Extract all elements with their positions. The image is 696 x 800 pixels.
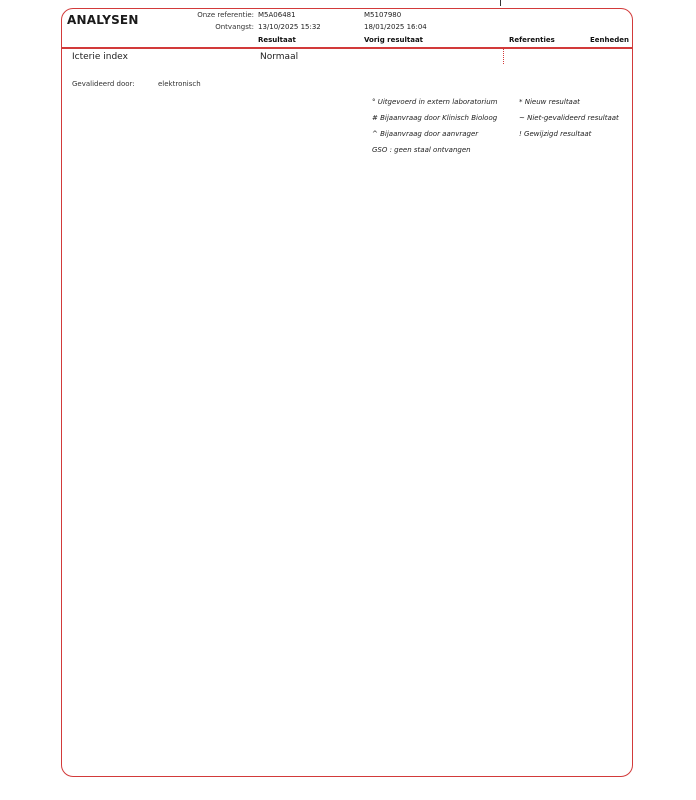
legend-not-validated: ~ Niet-gevalideerd resultaat (519, 114, 619, 122)
column-units: Eenheden (590, 36, 629, 44)
section-title: ANALYSEN (67, 13, 139, 27)
previous-reference-value: M5107980 (364, 11, 401, 19)
legend-requester: ^ Bijaanvraag door aanvrager (372, 130, 478, 138)
header-divider (62, 47, 632, 49)
legend-clinical-biologist: # Bijaanvraag door Klinisch Bioloog (372, 114, 497, 122)
legend-modified: ! Gewijzigd resultaat (519, 130, 591, 138)
previous-received-value: 18/01/2025 16:04 (364, 23, 427, 31)
reference-range-marker (503, 49, 504, 64)
our-reference-label: Onze referentie: (180, 11, 254, 19)
received-label: Ontvangst: (180, 23, 254, 31)
received-value: 13/10/2025 15:32 (258, 23, 321, 31)
test-name: Icterie index (72, 52, 128, 62)
column-references: Referenties (509, 36, 555, 44)
legend-no-sample: GSO : geen staal ontvangen (372, 146, 471, 154)
page-marker (500, 0, 501, 6)
test-result: Normaal (260, 52, 298, 62)
column-result: Resultaat (258, 36, 296, 44)
legend-external-lab: ° Uitgevoerd in extern laboratorium (372, 98, 497, 106)
validated-by-label: Gevalideerd door: (72, 80, 135, 88)
our-reference-value: M5A06481 (258, 11, 296, 19)
validated-by-value: elektronisch (158, 80, 201, 88)
column-previous-result: Vorig resultaat (364, 36, 423, 44)
report-frame (61, 8, 633, 777)
legend-new-result: * Nieuw resultaat (519, 98, 580, 106)
